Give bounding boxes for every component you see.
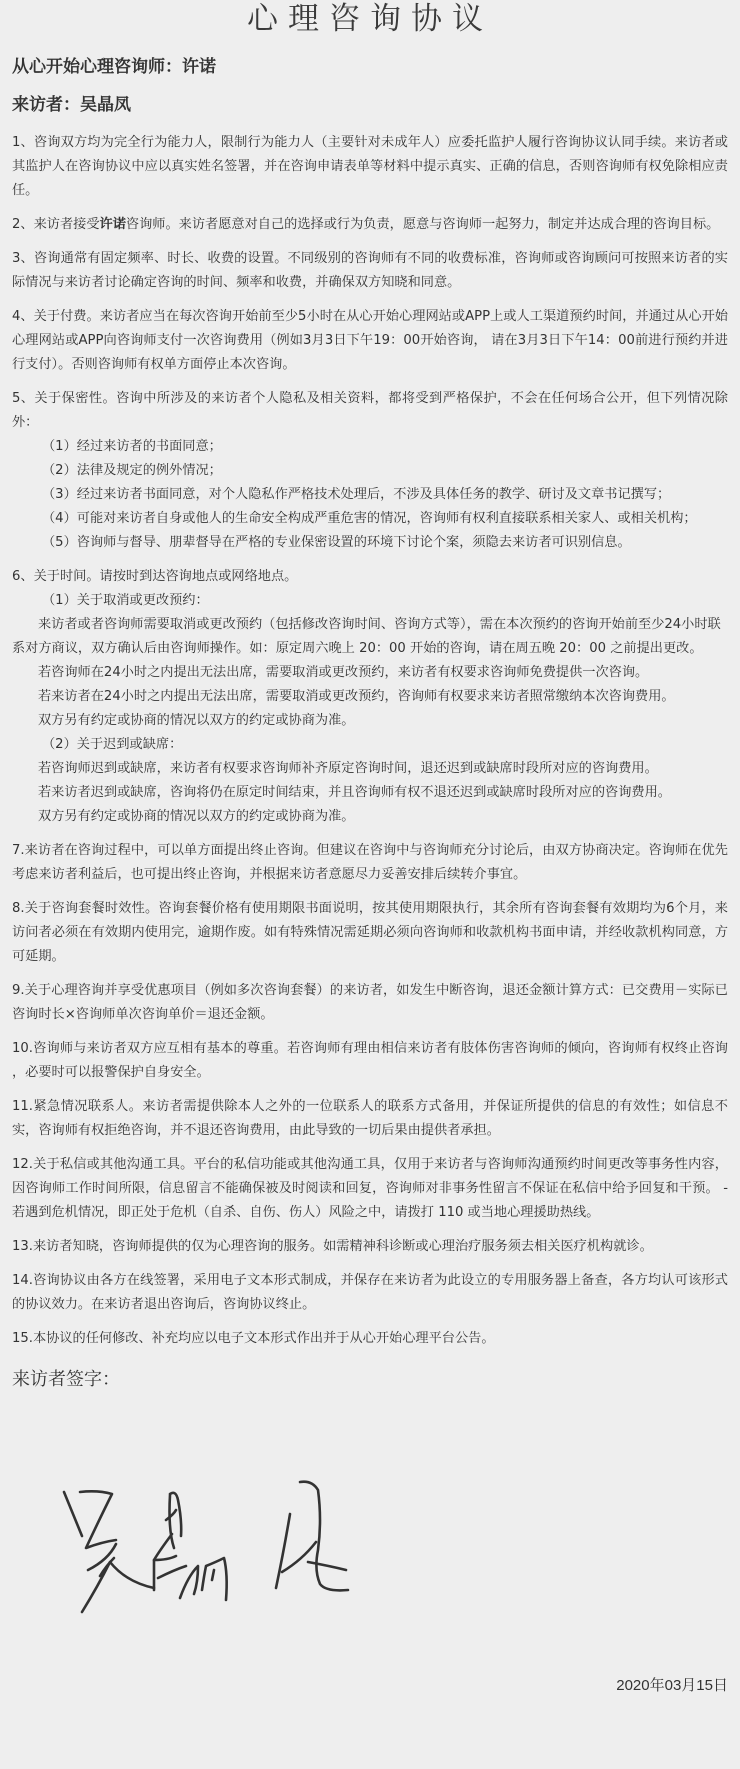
clause-5-item-4: （4）可能对来访者自身或他人的生命安全构成严重危害的情况，咨询师有权利直接联系相… (12, 507, 728, 531)
document-title: 心理咨询协议 (12, 0, 728, 38)
clause-6-sub2-title: （2）关于迟到或缺席： (12, 733, 728, 757)
clause-11: 11.紧急情况联系人。来访者需提供除本人之外的一位联系人的联系方式备用，并保证所… (12, 1095, 728, 1143)
signature-label: 来访者签字： (12, 1367, 728, 1393)
counselor-name: 许诺 (182, 57, 216, 77)
clause-14: 14.咨询协议由各方在线签署，采用电子文本形式制成，并保存在来访者为此设立的专用… (12, 1269, 728, 1317)
clause-2-counselor-name: 许诺 (100, 217, 126, 232)
client-line: 来访者：吴晶凤 (12, 93, 728, 117)
counselor-line: 从心开始心理咨询师：许诺 (12, 55, 728, 79)
clause-6-sub2-line-1: 若咨询师迟到或缺席，来访者有权要求咨询师补齐原定咨询时间，退还迟到或缺席时段所对… (12, 757, 728, 781)
signature-date: 2020年03月15日 (616, 1674, 728, 1695)
signature-strokes (50, 1470, 370, 1620)
clause-2: 2、来访者接受许诺咨询师。来访者愿意对自己的选择或行为负责，愿意与咨询师一起努力… (12, 213, 728, 237)
clause-5-item-3: （3）经过来访者书面同意，对个人隐私作严格技术处理后，不涉及具体任务的教学、研讨… (12, 483, 728, 507)
clause-6-sub1-body: 来访者或者咨询师需要取消或更改预约（包括修改咨询时间、咨询方式等），需在本次预约… (12, 613, 728, 661)
clause-5-item-5: （5）咨询师与督导、朋辈督导在严格的专业保密设置的环境下讨论个案，须隐去来访者可… (12, 531, 728, 555)
clause-3: 3、咨询通常有固定频率、时长、收费的设置。不同级别的咨询师有不同的收费标准，咨询… (12, 247, 728, 295)
clause-6-sub1-line-3: 双方另有约定或协商的情况以双方的约定或协商为准。 (12, 709, 728, 733)
agreement-page: 心理咨询协议 从心开始心理咨询师：许诺 来访者：吴晶凤 1、咨询双方均为完全行为… (0, 0, 740, 1769)
clause-7: 7.来访者在咨询过程中，可以单方面提出终止咨询。但建议在咨询中与咨询师充分讨论后… (12, 839, 728, 887)
clauses: 1、咨询双方均为完全行为能力人，限制行为能力人（主要针对未成年人）应委托监护人履… (12, 131, 728, 1351)
clause-12: 12.关于私信或其他沟通工具。平台的私信功能或其他沟通工具，仅用于来访者与咨询师… (12, 1153, 728, 1225)
clause-6-sub1-line-2: 若来访者在24小时之内提出无法出席，需要取消或更改预约，咨询师有权要求来访者照常… (12, 685, 728, 709)
clause-6-sub2-line-3: 双方另有约定或协商的情况以双方的约定或协商为准。 (12, 805, 728, 829)
clause-10: 10.咨询师与来访者双方应互相有基本的尊重。若咨询师有理由相信来访者有肢体伤害咨… (12, 1037, 728, 1085)
clause-9: 9.关于心理咨询并享受优惠项目（例如多次咨询套餐）的来访者，如发生中断咨询，退还… (12, 979, 728, 1027)
clause-6-sub1-title: （1）关于取消或更改预约： (12, 589, 728, 613)
clause-5: 5、关于保密性。咨询中所涉及的来访者个人隐私及相关资料，都将受到严格保护，不会在… (12, 387, 728, 435)
clause-4: 4、关于付费。来访者应当在每次咨询开始前至少5小时在从心开始心理网站或APP上或… (12, 305, 728, 377)
client-label: 来访者： (12, 95, 80, 115)
clause-15: 15.本协议的任何修改、补充均应以电子文本形式作出并于从心开始心理平台公告。 (12, 1327, 728, 1351)
clause-6-sub1-line-1: 若咨询师在24小时之内提出无法出席，需要取消或更改预约，来访者有权要求咨询师免费… (12, 661, 728, 685)
clause-13: 13.来访者知晓，咨询师提供的仅为心理咨询的服务。如需精神科诊断或心理治疗服务须… (12, 1235, 728, 1259)
clause-2-prefix: 2、来访者接受 (12, 217, 100, 232)
clause-5-item-1: （1）经过来访者的书面同意； (12, 435, 728, 459)
clause-8: 8.关于咨询套餐时效性。咨询套餐价格有使用期限书面说明，按其使用期限执行，其余所… (12, 897, 728, 969)
clause-6-sub2-line-2: 若来访者迟到或缺席，咨询将仍在原定时间结束，并且咨询师有权不退还迟到或缺席时段所… (12, 781, 728, 805)
counselor-label: 从心开始心理咨询师： (12, 57, 182, 77)
client-name: 吴晶凤 (80, 95, 131, 115)
clause-1: 1、咨询双方均为完全行为能力人，限制行为能力人（主要针对未成年人）应委托监护人履… (12, 131, 728, 203)
clause-5-item-2: （2）法律及规定的例外情况； (12, 459, 728, 483)
clause-2-suffix: 咨询师。来访者愿意对自己的选择或行为负责，愿意与咨询师一起努力，制定并达成合理的… (126, 217, 719, 232)
clause-6: 6、关于时间。请按时到达咨询地点或网络地点。 (12, 565, 728, 589)
signature-image (50, 1470, 370, 1620)
